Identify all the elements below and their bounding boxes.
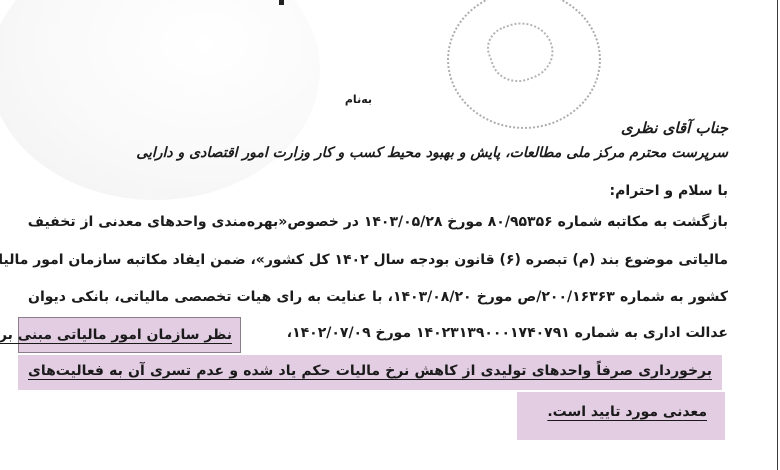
official-seal-stamp-icon — [447, 0, 601, 129]
page-edge-border — [777, 0, 778, 470]
top-fragment-mark — [279, 0, 284, 5]
highlighted-text-1: نظر سازمان امور مالیاتی مبنی بر — [0, 327, 232, 343]
highlight-box-3: معدنی مورد تایید است. — [517, 392, 725, 440]
body-line-4: عدالت اداری به شماره ۱۴۰۲۳۱۳۹۰۰۰۱۷۴۰۷۹۱ … — [258, 325, 728, 341]
addressee: جناب آقای نظری — [621, 119, 728, 137]
highlight-box-1: نظر سازمان امور مالیاتی مبنی بر — [18, 317, 241, 353]
photo-glare — [0, 0, 320, 200]
seal-emblem-icon — [481, 13, 561, 90]
recipient-title: سرپرست محترم مرکز ملی مطالعات، پایش و به… — [136, 145, 728, 161]
body-line-2: مالیاتی موضوع بند (م) تبصره (۶) قانون بو… — [28, 252, 728, 268]
body-line-3: کشور به شماره ۲۰۰/۱۶۳۶۳/ص مورخ ۱۴۰۳/۰۸/۲… — [28, 289, 728, 305]
body-line-1: بازگشت به مکاتبه شماره ۸۰/۹۵۳۵۶ مورخ ۱۴۰… — [28, 214, 728, 230]
highlighted-text-2: برخورداری صرفاً واحدهای تولیدی از کاهش ن… — [28, 363, 712, 379]
highlight-box-2: برخورداری صرفاً واحدهای تولیدی از کاهش ن… — [18, 355, 722, 390]
highlighted-text-3: معدنی مورد تایید است. — [547, 404, 707, 420]
greeting: با سلام و احترام: — [610, 183, 728, 199]
scanned-letter-page: به‌نام جناب آقای نظری سرپرست محترم مرکز … — [0, 0, 780, 470]
header-mark: به‌نام — [345, 93, 372, 106]
